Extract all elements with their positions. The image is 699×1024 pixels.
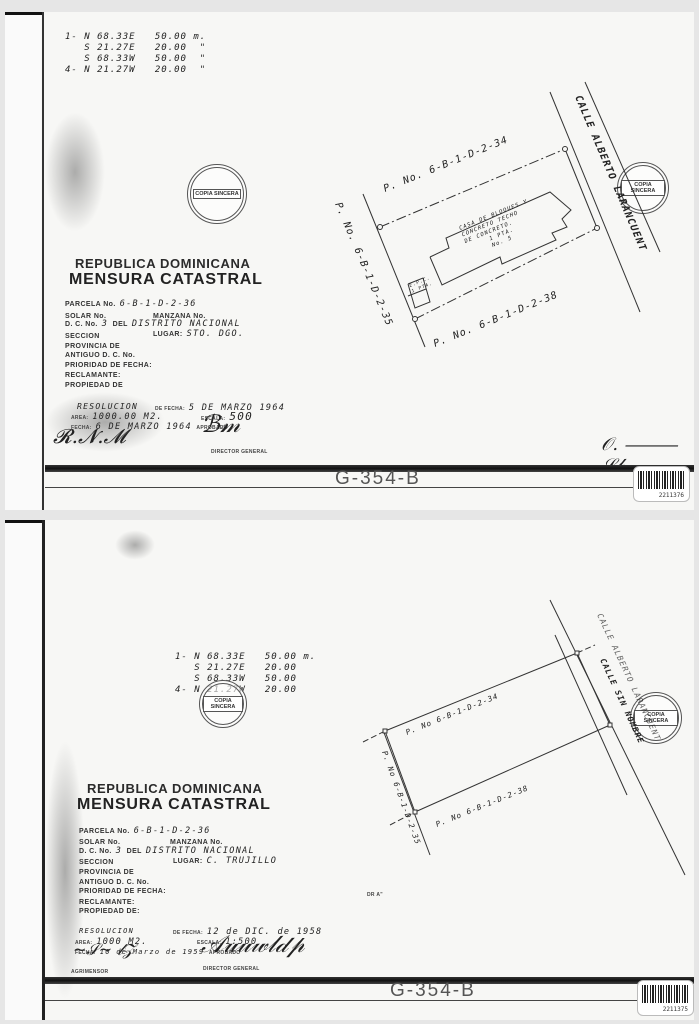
survey-plan-page-1: 1- N 68.33E 50.00 m. S 21.27E 20.00 " S …: [5, 12, 694, 510]
barcode-number: 2211376: [659, 492, 684, 499]
barcode: 2211376: [633, 466, 690, 502]
survey-plan-page-2: 1- N 68.33E 50.00 m. S 21.27E 20.00 S 68…: [5, 520, 694, 1020]
plan-label-south: P. No 6-B-1-D-2-38: [434, 783, 529, 829]
plan-label-south: P. No. 6-B-1-D-2-38: [432, 290, 560, 350]
barcode-number: 2211375: [663, 1006, 688, 1013]
border-band: [45, 977, 694, 984]
drawing-number: G-354-B: [335, 468, 421, 490]
barcode-bars: [642, 985, 689, 1003]
drawing-number: G-354-B: [390, 980, 476, 1002]
parcel-plan-drawing: P. No 6-B-1-D-2-34 P. No 6-B-1-D-2-35 P.…: [5, 520, 694, 1020]
plan-label-north: P. No. 6-B-1-D-2-34: [382, 135, 510, 195]
plan-label-west: P. No. 6-B-1-D-2-35: [332, 201, 394, 328]
plan-label-west: P. No 6-B-1-D-2-35: [380, 750, 422, 846]
barcode: 2211375: [637, 980, 694, 1016]
parcel-plan-drawing: P. No. 6-B-1-D-2-34 P. No. 6-B-1-D-2-35 …: [5, 12, 694, 510]
plan-label-north: P. No 6-B-1-D-2-34: [404, 691, 499, 737]
border-line: [45, 1000, 645, 1001]
barcode-bars: [638, 471, 685, 489]
